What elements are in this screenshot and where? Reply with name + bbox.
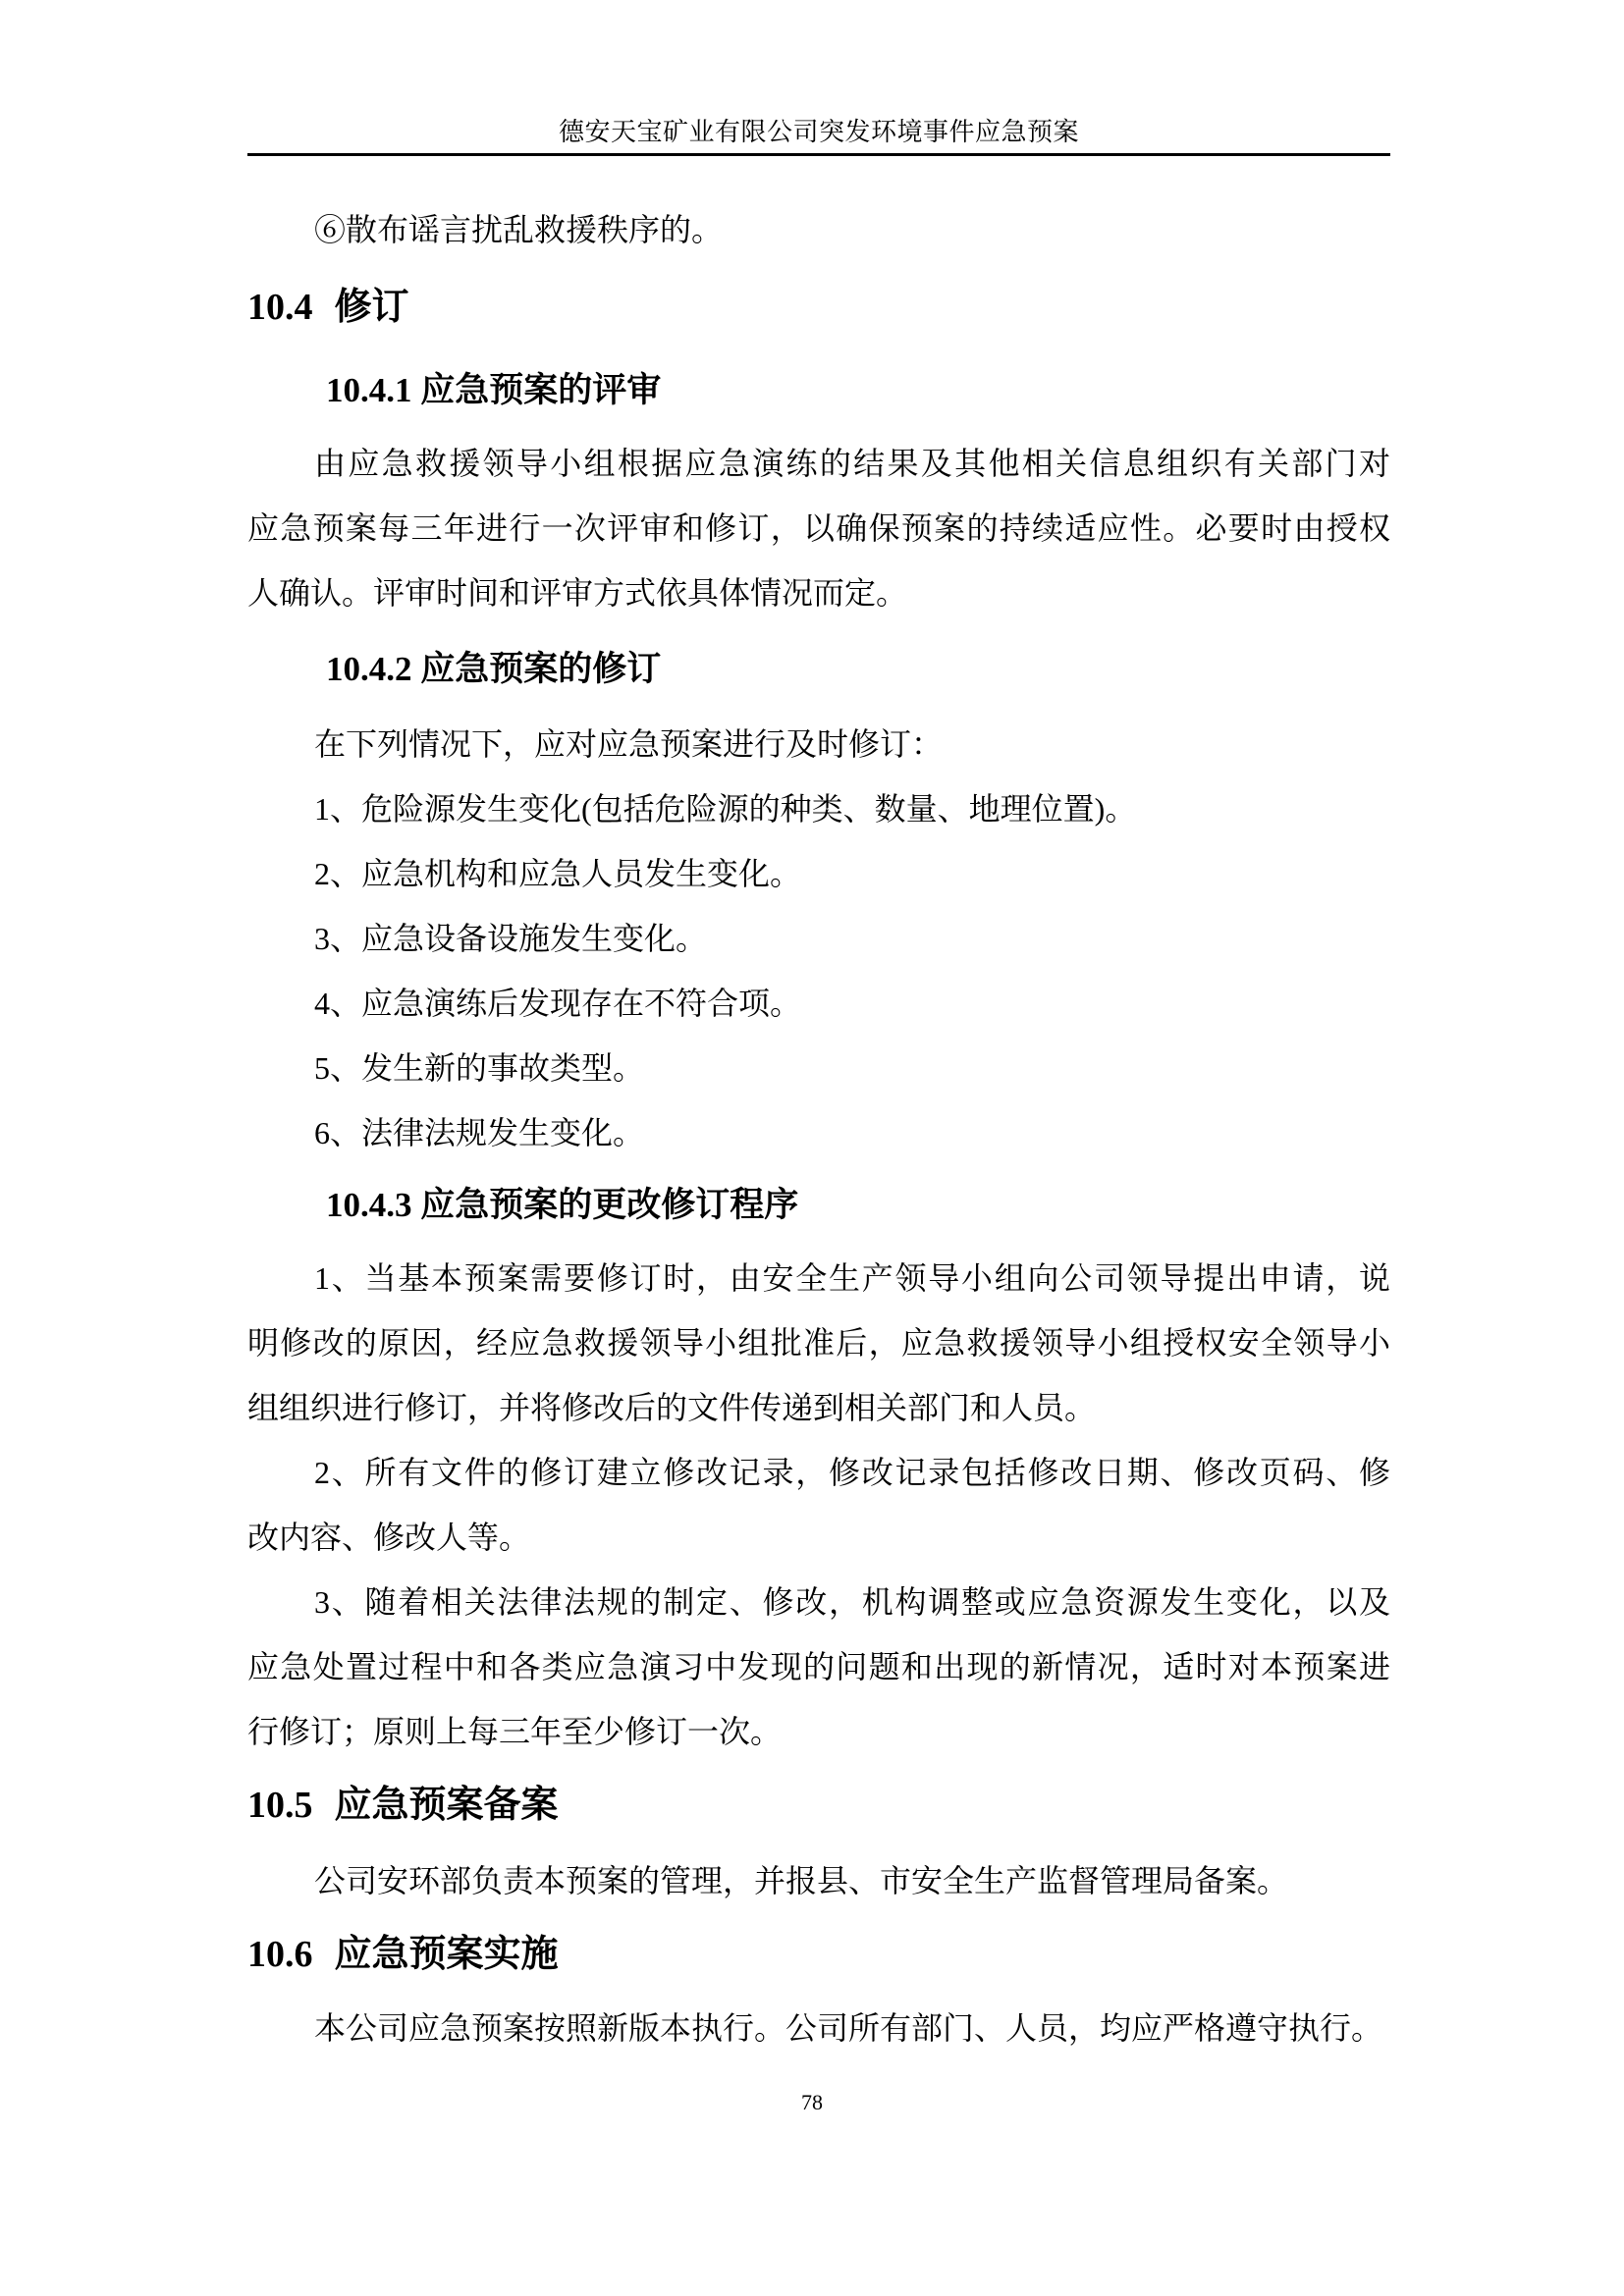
paragraph-line: 应急处置过程中和各类应急演习中发现的问题和出现的新情况，适时对本预案进 <box>247 1647 1390 1686</box>
subsection-heading-10-4-3: 10.4.3 应急预案的更改修订程序 <box>326 1184 798 1227</box>
paragraph-line: 1、当基本预案需要修订时，由安全生产领导小组向公司领导提出申请，说 <box>247 1258 1390 1298</box>
section-heading-10-4: 10.4修订 <box>247 285 409 330</box>
list-item: 2、应急机构和应急人员发生变化。 <box>247 854 1390 893</box>
section-title: 应急预案备案 <box>335 1785 559 1826</box>
section-number: 10.6 <box>247 1934 313 1975</box>
paragraph-line: 应急预案每三年进行一次评审和修订，以确保预案的持续适应性。必要时由授权 <box>247 508 1390 548</box>
page-number: 78 <box>0 2089 1624 2116</box>
list-item-6: ⑥散布谣言扰乱救援秩序的。 <box>247 210 1390 249</box>
list-item: 4、应急演练后发现存在不符合项。 <box>247 984 1390 1023</box>
list-item: 1、危险源发生变化(包括危险源的种类、数量、地理位置)。 <box>247 789 1390 828</box>
section-title: 修订 <box>335 287 409 328</box>
paragraph-line: 在下列情况下，应对应急预案进行及时修订： <box>247 724 1390 764</box>
header-title: 德安天宝矿业有限公司突发环境事件应急预案 <box>247 116 1390 149</box>
header-divider <box>247 153 1390 156</box>
paragraph-line: 改内容、修改人等。 <box>247 1518 1390 1557</box>
paragraph-line: 本公司应急预案按照新版本执行。公司所有部门、人员，均应严格遵守执行。 <box>247 2008 1390 2048</box>
list-item: 5、发生新的事故类型。 <box>247 1048 1390 1088</box>
section-heading-10-6: 10.6应急预案实施 <box>247 1932 559 1977</box>
section-number: 10.4 <box>247 287 313 328</box>
paragraph-line: 公司安环部负责本预案的管理，并报县、市安全生产监督管理局备案。 <box>247 1861 1390 1900</box>
section-title: 应急预案实施 <box>335 1934 559 1975</box>
paragraph-line: 明修改的原因，经应急救援领导小组批准后，应急救援领导小组授权安全领导小 <box>247 1323 1390 1362</box>
section-heading-10-5: 10.5应急预案备案 <box>247 1783 559 1828</box>
subsection-heading-10-4-2: 10.4.2 应急预案的修订 <box>326 648 661 691</box>
list-item: 6、法律法规发生变化。 <box>247 1113 1390 1152</box>
paragraph-line: 由应急救援领导小组根据应急演练的结果及其他相关信息组织有关部门对 <box>247 444 1390 483</box>
paragraph-line: 组组织进行修订，并将修改后的文件传递到相关部门和人员。 <box>247 1388 1390 1427</box>
subsection-heading-10-4-1: 10.4.1 应急预案的评审 <box>326 369 661 412</box>
paragraph-line: 2、所有文件的修订建立修改记录，修改记录包括修改日期、修改页码、修 <box>247 1453 1390 1492</box>
list-item: 3、应急设备设施发生变化。 <box>247 919 1390 958</box>
paragraph-line: 人确认。评审时间和评审方式依具体情况而定。 <box>247 573 1390 613</box>
section-number: 10.5 <box>247 1785 313 1826</box>
paragraph-line: 3、随着相关法律法规的制定、修改，机构调整或应急资源发生变化，以及 <box>247 1582 1390 1622</box>
paragraph-line: 行修订；原则上每三年至少修订一次。 <box>247 1712 1390 1751</box>
